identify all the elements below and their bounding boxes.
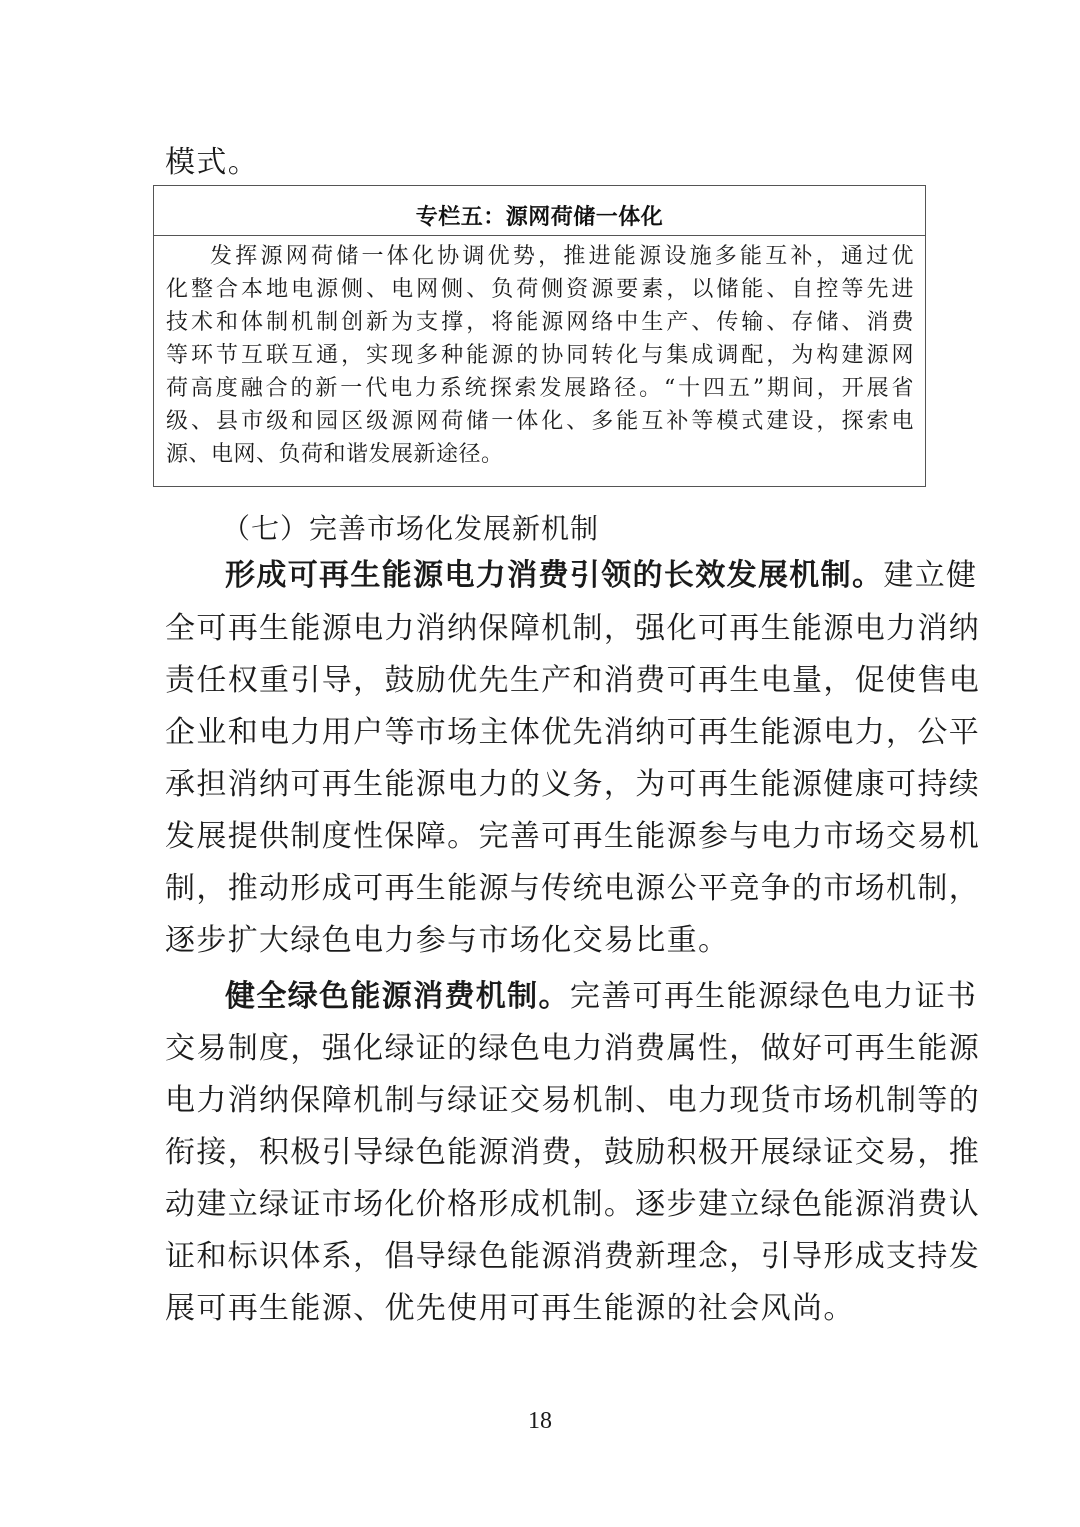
paragraph-2-line: 展可再生能源、优先使用可再生能源的社会风尚。 xyxy=(165,1294,915,1324)
paragraph-1-first-rest: 建立健 xyxy=(883,558,977,593)
preceding-text-fragment: 模式。 xyxy=(165,148,915,178)
column-box-line: 源、电网、负荷和谐发展新途径。 xyxy=(166,444,914,466)
column-box: 专栏五：源网荷储一体化 发挥源网荷储一体化协调优势，推进能源设施多能互补，通过优… xyxy=(153,185,926,487)
paragraph-1-line: 发展提供制度性保障。完善可再生能源参与电力市场交易机 xyxy=(165,822,915,852)
column-box-line: 化整合本地电源侧、电网侧、负荷侧资源要素，以储能、自控等先进 xyxy=(166,279,914,301)
paragraph-1-line: 责任权重引导，鼓励优先生产和消费可再生电量，促使售电 xyxy=(165,666,915,696)
column-box-line: 技术和体制机制创新为支撑，将能源网络中生产、传输、存储、消费 xyxy=(166,312,914,334)
column-box-title: 专栏五：源网荷储一体化 xyxy=(154,200,925,231)
column-box-line: 发挥源网荷储一体化协调优势，推进能源设施多能互补，通过优 xyxy=(210,246,914,268)
paragraph-2-line: 交易制度，强化绿证的绿色电力消费属性，做好可再生能源 xyxy=(165,1034,915,1064)
paragraph-2-line: 衔接，积极引导绿色能源消费，鼓励积极开展绿证交易，推 xyxy=(165,1138,915,1168)
paragraph-2-line: 电力消纳保障机制与绿证交易机制、电力现货市场机制等的 xyxy=(165,1086,915,1116)
page-number: 18 xyxy=(0,1408,1080,1435)
paragraph-2-line: 动建立绿证市场化价格形成机制。逐步建立绿色能源消费认 xyxy=(165,1190,915,1220)
column-box-line: 等环节互联互通，实现多种能源的协同转化与集成调配，为构建源网 xyxy=(166,345,914,367)
section-heading: （七）完善市场化发展新机制 xyxy=(222,507,599,547)
column-box-line: 级、县市级和园区级源网荷储一体化、多能互补等模式建设，探索电 xyxy=(166,411,914,433)
column-box-divider xyxy=(154,235,925,236)
paragraph-1-first-line: 形成可再生能源电力消费引领的长效发展机制。建立健 xyxy=(225,561,915,591)
paragraph-2-first-rest: 完善可再生能源绿色电力证书 xyxy=(570,979,978,1014)
paragraph-1-lead: 形成可再生能源电力消费引领的长效发展机制。 xyxy=(225,558,883,593)
paragraph-1-line: 全可再生能源电力消纳保障机制，强化可再生能源电力消纳 xyxy=(165,614,915,644)
paragraph-1-line: 承担消纳可再生能源电力的义务，为可再生能源健康可持续 xyxy=(165,770,915,800)
column-box-line: 荷高度融合的新一代电力系统探索发展路径。“十四五”期间，开展省 xyxy=(166,378,914,400)
paragraph-2-line: 证和标识体系，倡导绿色能源消费新理念，引导形成支持发 xyxy=(165,1242,915,1272)
document-page: 模式。 专栏五：源网荷储一体化 发挥源网荷储一体化协调优势，推进能源设施多能互补… xyxy=(0,0,1080,1527)
paragraph-2-lead: 健全绿色能源消费机制。 xyxy=(225,979,570,1014)
paragraph-1-line: 制，推动形成可再生能源与传统电源公平竞争的市场机制， xyxy=(165,874,915,904)
paragraph-2-first-line: 健全绿色能源消费机制。完善可再生能源绿色电力证书 xyxy=(225,982,915,1012)
paragraph-1-line: 逐步扩大绿色电力参与市场化交易比重。 xyxy=(165,926,915,956)
paragraph-1-line: 企业和电力用户等市场主体优先消纳可再生能源电力，公平 xyxy=(165,718,915,748)
